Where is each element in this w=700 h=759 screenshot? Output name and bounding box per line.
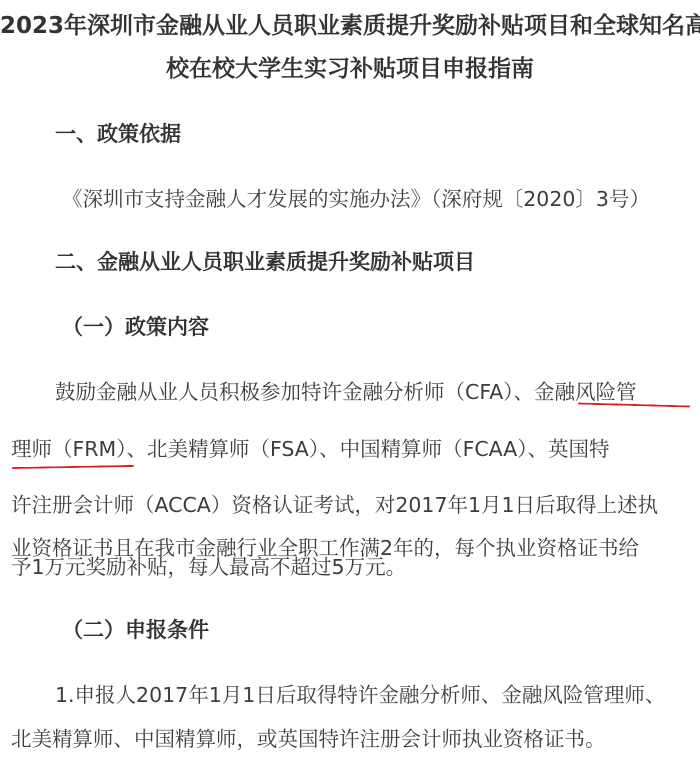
section-1-heading: 一、政策依据 xyxy=(55,118,181,148)
condition-line-1: 1.申报人2017年1月1日后取得特许金融分析师、金融风险管理师、 xyxy=(55,678,665,708)
document-title-line-1: 2023年深圳市金融从业人员职业素质提升奖励补贴项目和全球知名高 xyxy=(0,7,700,40)
red-underline-annotation-2 xyxy=(12,465,134,469)
subsection-1-heading: （一）政策内容 xyxy=(62,311,209,341)
condition-line-2: 北美精算师、中国精算师，或英国特许注册会计师执业资格证书。 xyxy=(11,722,606,752)
policy-basis-text: 《深圳市支持金融人才发展的实施办法》（深府规〔2020〕3号） xyxy=(62,182,650,212)
paragraph-line-5: 予1万元奖励补贴，每人最高不超过5万元。 xyxy=(11,550,406,580)
red-underline-annotation-1 xyxy=(578,403,690,408)
section-2-heading: 二、金融从业人员职业素质提升奖励补贴项目 xyxy=(55,246,475,276)
subsection-2-heading: （二）申报条件 xyxy=(62,614,209,644)
document-title-line-2: 校在校大学生实习补贴项目申报指南 xyxy=(0,50,700,83)
paragraph-line-1: 鼓励金融从业人员积极参加特许金融分析师（CFA）、金融风险管 xyxy=(55,375,637,405)
paragraph-line-3: 许注册会计师（ACCA）资格认证考试，对2017年1月1日后取得上述执 xyxy=(11,488,658,518)
paragraph-line-2: 理师（FRM）、北美精算师（FSA）、中国精算师（FCAA）、英国特 xyxy=(11,432,610,462)
